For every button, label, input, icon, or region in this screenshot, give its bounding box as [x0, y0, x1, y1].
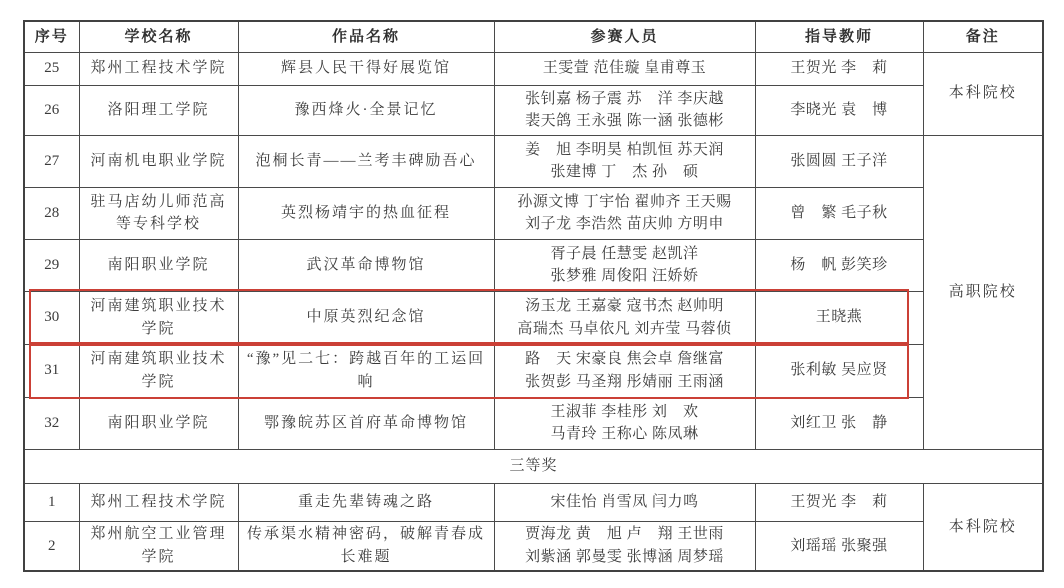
- cell-teachers: 王贺光 李 莉: [755, 483, 923, 521]
- cell-remark: 本科院校: [923, 52, 1043, 135]
- cell-work: 中原英烈纪念馆: [238, 291, 494, 344]
- cell-school: 河南建筑职业技术学院: [79, 291, 238, 344]
- section-label: 三等奖: [24, 449, 1043, 483]
- table-row: 27 河南机电职业学院 泡桐长青——兰考丰碑励吾心 姜 旭 李明昊 柏凯恒 苏天…: [24, 135, 1043, 187]
- header-teachers: 指导教师: [755, 21, 923, 52]
- cell-no: 25: [24, 52, 79, 85]
- table-row-highlighted: 31 河南建筑职业技术学院 “豫”见二七：跨越百年的工运回响 路 天 宋豪良 焦…: [24, 344, 1043, 397]
- cell-work: “豫”见二七：跨越百年的工运回响: [238, 344, 494, 397]
- cell-remark: 本科院校: [923, 483, 1043, 571]
- cell-no: 29: [24, 239, 79, 291]
- table-row: 28 驻马店幼儿师范高等专科学校 英烈杨靖宇的热血征程 孙源文博 丁宇怡 翟帅齐…: [24, 187, 1043, 239]
- cell-work: 鄂豫皖苏区首府革命博物馆: [238, 397, 494, 449]
- cell-work: 泡桐长青——兰考丰碑励吾心: [238, 135, 494, 187]
- cell-participants: 张钊嘉 杨子震 苏 洋 李庆越 裴天鸽 王永强 陈一涵 张德彬: [494, 85, 755, 135]
- cell-school: 南阳职业学院: [79, 397, 238, 449]
- header-school: 学校名称: [79, 21, 238, 52]
- cell-work: 辉县人民干得好展览馆: [238, 52, 494, 85]
- cell-school: 洛阳理工学院: [79, 85, 238, 135]
- cell-school: 南阳职业学院: [79, 239, 238, 291]
- table-row: 29 南阳职业学院 武汉革命博物馆 胥子晨 任慧雯 赵凯洋 张梦雅 周俊阳 汪娇…: [24, 239, 1043, 291]
- cell-teachers: 王贺光 李 莉: [755, 52, 923, 85]
- header-row: 序号 学校名称 作品名称 参赛人员 指导教师 备注: [24, 21, 1043, 52]
- cell-teachers: 李晓光 袁 博: [755, 85, 923, 135]
- award-table: 序号 学校名称 作品名称 参赛人员 指导教师 备注 25 郑州工程技术学院 辉县…: [23, 20, 1044, 572]
- cell-work: 武汉革命博物馆: [238, 239, 494, 291]
- cell-work: 英烈杨靖宇的热血征程: [238, 187, 494, 239]
- cell-no: 30: [24, 291, 79, 344]
- cell-no: 31: [24, 344, 79, 397]
- cell-teachers: 王晓燕: [755, 291, 923, 344]
- cell-no: 32: [24, 397, 79, 449]
- cell-participants: 王淑菲 李桂彤 刘 欢 马青玲 王称心 陈凤琳: [494, 397, 755, 449]
- cell-remark: 高职院校: [923, 135, 1043, 449]
- cell-no: 28: [24, 187, 79, 239]
- cell-participants: 贾海龙 黄 旭 卢 翔 王世雨 刘紫涵 郭曼雯 张博涵 周梦瑶: [494, 521, 755, 571]
- cell-participants: 汤玉龙 王嘉豪 寇书杰 赵帅明 高瑞杰 马卓依凡 刘卉莹 马蓉侦: [494, 291, 755, 344]
- cell-school: 郑州工程技术学院: [79, 483, 238, 521]
- cell-teachers: 刘瑶瑶 张聚强: [755, 521, 923, 571]
- cell-participants: 胥子晨 任慧雯 赵凯洋 张梦雅 周俊阳 汪娇娇: [494, 239, 755, 291]
- header-no: 序号: [24, 21, 79, 52]
- table-row: 1 郑州工程技术学院 重走先辈铸魂之路 宋佳怡 肖雪凤 闫力鸣 王贺光 李 莉 …: [24, 483, 1043, 521]
- cell-school: 驻马店幼儿师范高等专科学校: [79, 187, 238, 239]
- cell-school: 河南机电职业学院: [79, 135, 238, 187]
- cell-work: 重走先辈铸魂之路: [238, 483, 494, 521]
- cell-participants: 王雯萱 范佳璇 皇甫尊玉: [494, 52, 755, 85]
- award-table-wrapper: 序号 学校名称 作品名称 参赛人员 指导教师 备注 25 郑州工程技术学院 辉县…: [23, 20, 1042, 572]
- table-row-highlighted: 30 河南建筑职业技术学院 中原英烈纪念馆 汤玉龙 王嘉豪 寇书杰 赵帅明 高瑞…: [24, 291, 1043, 344]
- cell-no: 26: [24, 85, 79, 135]
- section-row: 三等奖: [24, 449, 1043, 483]
- cell-participants: 宋佳怡 肖雪凤 闫力鸣: [494, 483, 755, 521]
- cell-participants: 孙源文博 丁宇怡 翟帅齐 王天赐 刘子龙 李浩然 苗庆帅 方明申: [494, 187, 755, 239]
- cell-school: 郑州航空工业管理学院: [79, 521, 238, 571]
- cell-school: 郑州工程技术学院: [79, 52, 238, 85]
- cell-participants: 路 天 宋豪良 焦会卓 詹继富 张贺彭 马圣翔 彤婧丽 王雨涵: [494, 344, 755, 397]
- cell-work: 豫西烽火·全景记忆: [238, 85, 494, 135]
- cell-teachers: 张圆圆 王子洋: [755, 135, 923, 187]
- cell-teachers: 曾 繁 毛子秋: [755, 187, 923, 239]
- cell-school: 河南建筑职业技术学院: [79, 344, 238, 397]
- cell-work: 传承渠水精神密码，破解青春成长难题: [238, 521, 494, 571]
- cell-teachers: 杨 帆 彭笑珍: [755, 239, 923, 291]
- table-row: 2 郑州航空工业管理学院 传承渠水精神密码，破解青春成长难题 贾海龙 黄 旭 卢…: [24, 521, 1043, 571]
- header-work: 作品名称: [238, 21, 494, 52]
- cell-no: 27: [24, 135, 79, 187]
- cell-no: 1: [24, 483, 79, 521]
- cell-no: 2: [24, 521, 79, 571]
- cell-teachers: 刘红卫 张 静: [755, 397, 923, 449]
- header-remark: 备注: [923, 21, 1043, 52]
- table-row: 25 郑州工程技术学院 辉县人民干得好展览馆 王雯萱 范佳璇 皇甫尊玉 王贺光 …: [24, 52, 1043, 85]
- header-participants: 参赛人员: [494, 21, 755, 52]
- cell-participants: 姜 旭 李明昊 柏凯恒 苏天润 张建博 丁 杰 孙 硕: [494, 135, 755, 187]
- table-row: 32 南阳职业学院 鄂豫皖苏区首府革命博物馆 王淑菲 李桂彤 刘 欢 马青玲 王…: [24, 397, 1043, 449]
- table-row: 26 洛阳理工学院 豫西烽火·全景记忆 张钊嘉 杨子震 苏 洋 李庆越 裴天鸽 …: [24, 85, 1043, 135]
- cell-teachers: 张利敏 吴应贤: [755, 344, 923, 397]
